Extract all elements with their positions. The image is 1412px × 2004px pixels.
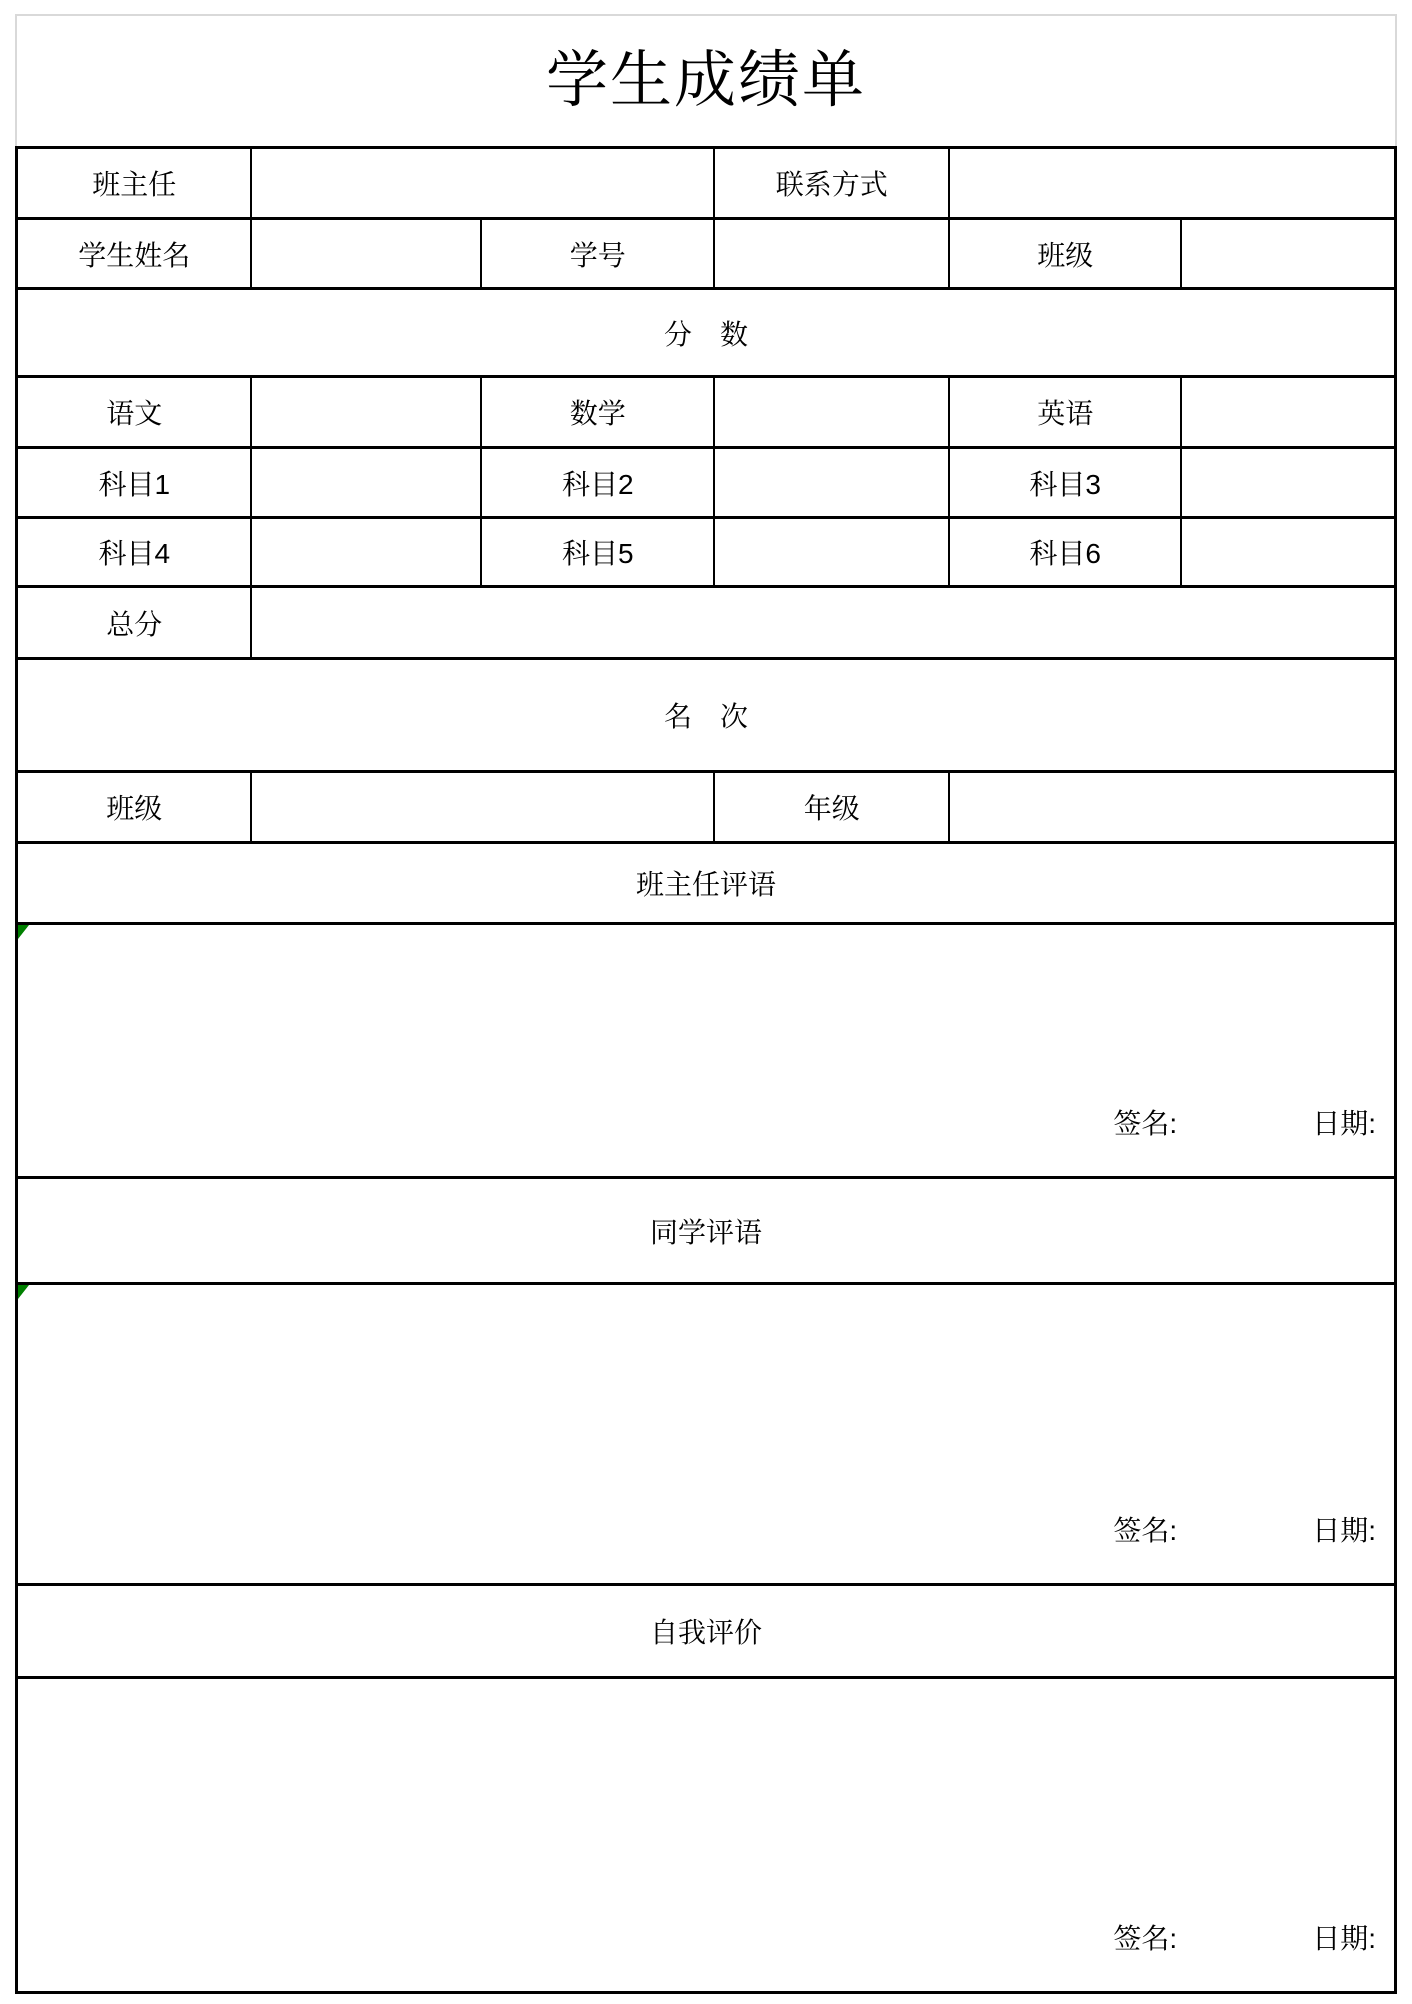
contact-label: 联系方式 xyxy=(715,149,949,217)
student-class-label: 班级 xyxy=(950,220,1183,287)
student-class-value-cell[interactable] xyxy=(1182,220,1394,287)
self-evaluation-area[interactable]: 签名: 日期: xyxy=(18,1679,1394,1991)
self-date-label: 日期: xyxy=(1312,1917,1376,1957)
row-subjects-456: 科目4 科目5 科目6 xyxy=(18,519,1394,588)
row-self-evaluation-area: 签名: 日期: xyxy=(18,1679,1394,1991)
subject2-score-cell[interactable] xyxy=(715,449,949,516)
student-name-value-cell[interactable] xyxy=(252,220,482,287)
class-rank-label: 班级 xyxy=(18,773,252,841)
classmate-signature-label: 签名: xyxy=(1113,1509,1177,1549)
student-id-value-cell[interactable] xyxy=(715,220,949,287)
cell-comment-marker-icon xyxy=(18,1285,29,1299)
chinese-score-cell[interactable] xyxy=(252,378,482,446)
subject2-label: 科目2 xyxy=(482,449,715,516)
student-id-label: 学号 xyxy=(482,220,715,287)
subject6-score-cell[interactable] xyxy=(1182,519,1394,585)
classmate-date-label: 日期: xyxy=(1312,1509,1376,1549)
classmate-comments-header: 同学评语 xyxy=(18,1179,1394,1282)
english-score-cell[interactable] xyxy=(1182,378,1394,446)
classmate-sign-line: 签名: 日期: xyxy=(1113,1509,1376,1549)
row-student: 学生姓名 学号 班级 xyxy=(18,220,1394,290)
english-label: 英语 xyxy=(950,378,1183,446)
chinese-label: 语文 xyxy=(18,378,252,446)
row-scores-header: 分 数 xyxy=(18,290,1394,378)
subject5-label: 科目5 xyxy=(482,519,715,585)
grade-rank-label: 年级 xyxy=(715,773,949,841)
contact-value-cell[interactable] xyxy=(950,149,1394,217)
row-teacher-comments-header: 班主任评语 xyxy=(18,844,1394,925)
teacher-comments-header: 班主任评语 xyxy=(18,844,1394,922)
grade-rank-value-cell[interactable] xyxy=(950,773,1394,841)
subject1-label: 科目1 xyxy=(18,449,252,516)
self-sign-line: 签名: 日期: xyxy=(1113,1917,1376,1957)
page-title: 学生成绩单 xyxy=(546,50,866,112)
row-self-evaluation-header: 自我评价 xyxy=(18,1586,1394,1679)
report-card-table: 班主任 联系方式 学生姓名 学号 班级 分 数 语文 数学 英语 科目1 科目2… xyxy=(15,146,1397,1994)
row-main-subjects: 语文 数学 英语 xyxy=(18,378,1394,449)
total-score-label: 总分 xyxy=(18,588,252,657)
classmate-comments-area[interactable]: 签名: 日期: xyxy=(18,1285,1394,1583)
rank-section-header: 名 次 xyxy=(18,660,1394,770)
row-classmate-comments-area: 签名: 日期: xyxy=(18,1285,1394,1586)
title-block: 学生成绩单 xyxy=(15,14,1397,146)
class-rank-value-cell[interactable] xyxy=(252,773,715,841)
self-signature-label: 签名: xyxy=(1113,1917,1177,1957)
math-score-cell[interactable] xyxy=(715,378,949,446)
total-score-value-cell[interactable] xyxy=(252,588,1394,657)
teacher-sign-line: 签名: 日期: xyxy=(1113,1102,1376,1142)
row-teacher: 班主任 联系方式 xyxy=(18,149,1394,220)
subject6-label: 科目6 xyxy=(950,519,1183,585)
row-total-score: 总分 xyxy=(18,588,1394,660)
teacher-signature-label: 签名: xyxy=(1113,1102,1177,1142)
subject4-label: 科目4 xyxy=(18,519,252,585)
teacher-date-label: 日期: xyxy=(1312,1102,1376,1142)
subject3-score-cell[interactable] xyxy=(1182,449,1394,516)
subject5-score-cell[interactable] xyxy=(715,519,949,585)
scores-section-header: 分 数 xyxy=(18,290,1394,375)
subject3-label: 科目3 xyxy=(950,449,1183,516)
student-name-label: 学生姓名 xyxy=(18,220,252,287)
teacher-label: 班主任 xyxy=(18,149,252,217)
row-rank-header: 名 次 xyxy=(18,660,1394,773)
row-rank: 班级 年级 xyxy=(18,773,1394,844)
teacher-value-cell[interactable] xyxy=(252,149,715,217)
subject1-score-cell[interactable] xyxy=(252,449,482,516)
row-subjects-123: 科目1 科目2 科目3 xyxy=(18,449,1394,519)
row-teacher-comments-area: 签名: 日期: xyxy=(18,925,1394,1179)
teacher-comments-area[interactable]: 签名: 日期: xyxy=(18,925,1394,1176)
math-label: 数学 xyxy=(482,378,715,446)
subject4-score-cell[interactable] xyxy=(252,519,482,585)
cell-comment-marker-icon xyxy=(18,925,29,939)
self-evaluation-header: 自我评价 xyxy=(18,1586,1394,1676)
row-classmate-comments-header: 同学评语 xyxy=(18,1179,1394,1285)
